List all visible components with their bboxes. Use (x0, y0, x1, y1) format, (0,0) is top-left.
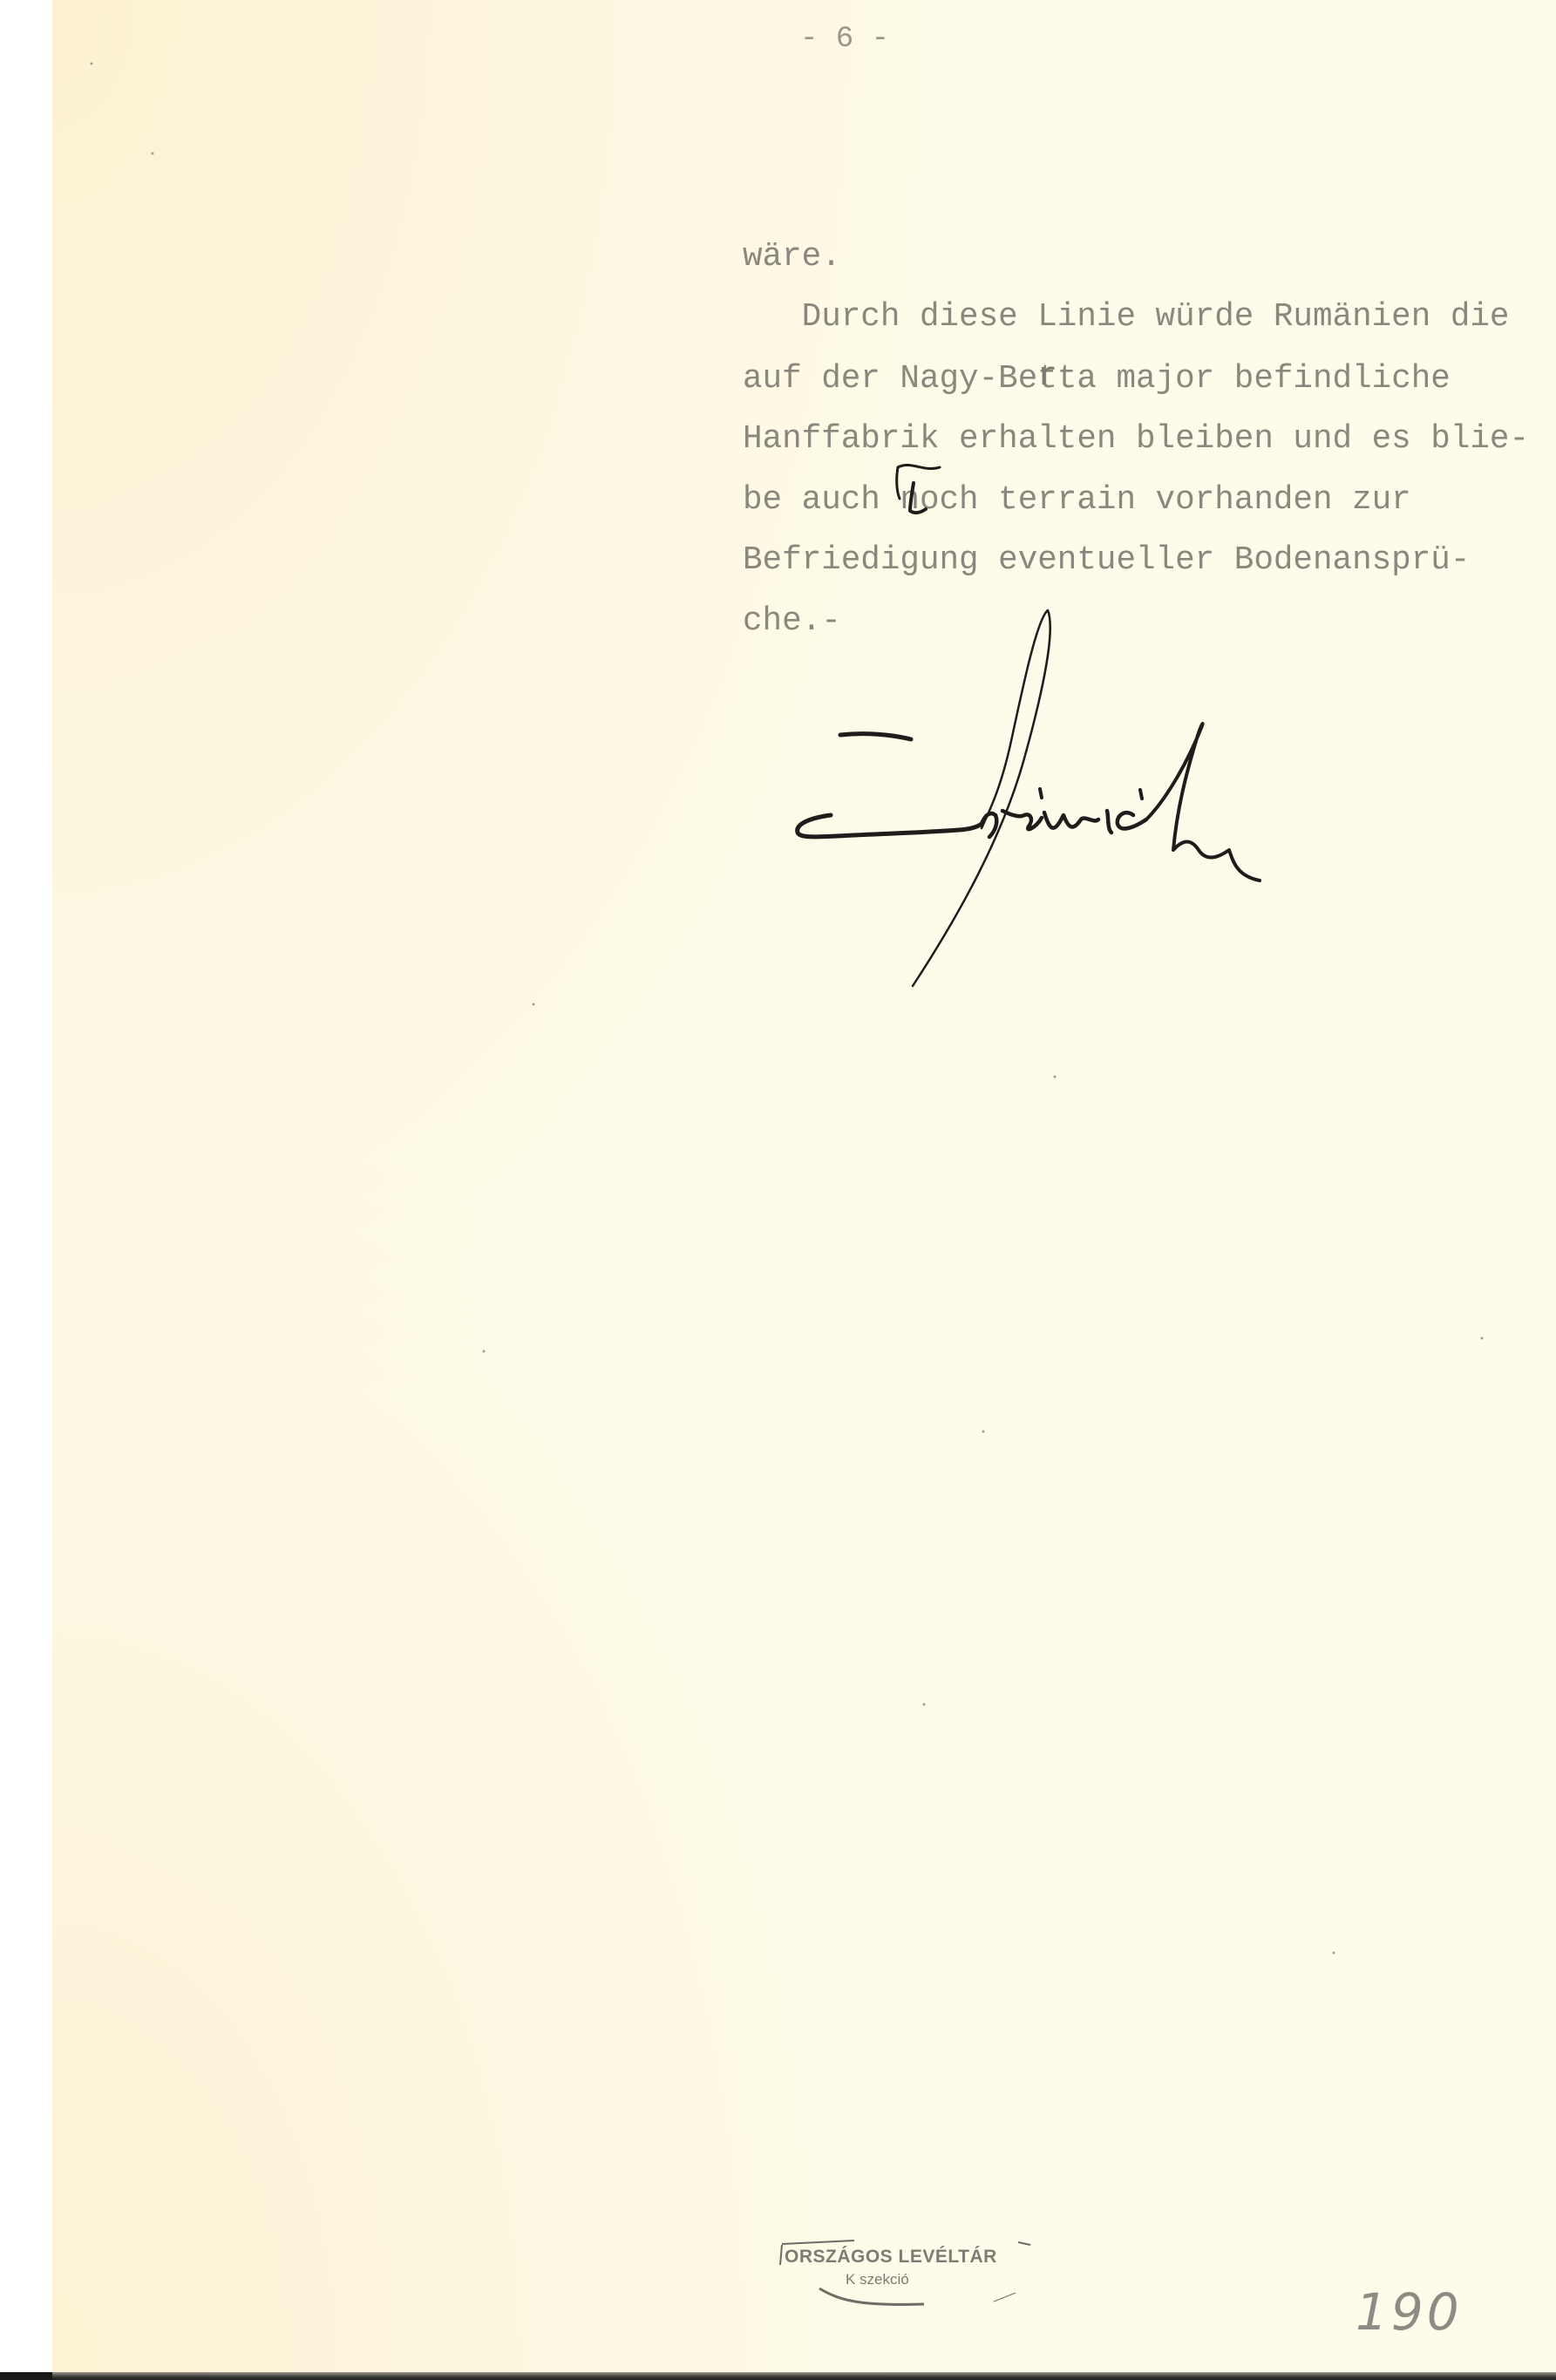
stamp-title: ORSZÁGOS LEVÉLTÁR (785, 2247, 997, 2268)
paper-specks (91, 63, 1484, 2373)
signature (798, 610, 1260, 986)
archive-stamp: ORSZÁGOS LEVÉLTÁR K szekció (785, 2227, 1046, 2315)
handwritten-correction-mark (897, 465, 940, 513)
scan-corner (0, 2372, 52, 2380)
document-page: - 6 - wäre. Durch diese Linie würde Rumä… (52, 0, 1556, 2372)
ink-annotations (52, 0, 1556, 2372)
folio-number: 190 (1356, 2282, 1463, 2342)
scan-bottom-edge (0, 2372, 1556, 2380)
stamp-subtitle: K szekció (846, 2271, 909, 2288)
